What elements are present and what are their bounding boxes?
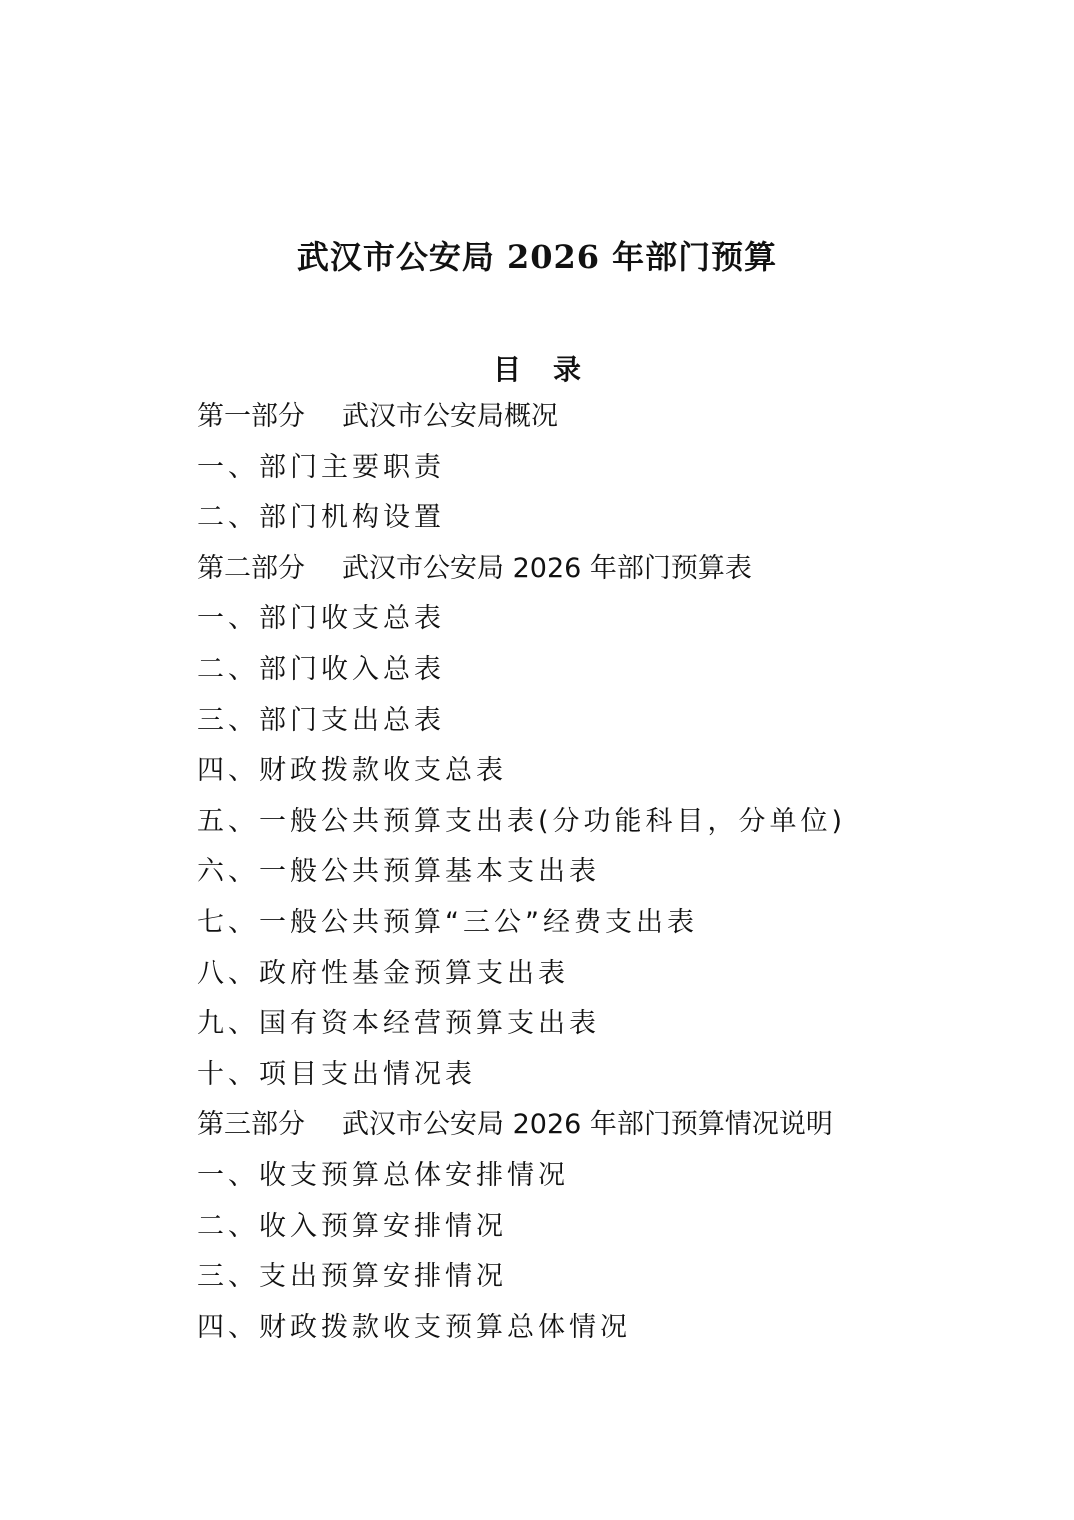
- toc-item: 二、收入预算安排情况: [197, 1202, 846, 1253]
- toc-part-1: 第一部分武汉市公安局概况: [197, 392, 846, 443]
- toc-item: 六、一般公共预算基本支出表: [197, 847, 846, 898]
- toc-item: 八、政府性基金预算支出表: [197, 949, 846, 1000]
- toc-item: 二、部门收入总表: [197, 645, 846, 696]
- toc-item: 九、国有资本经营预算支出表: [197, 999, 846, 1050]
- document-title: 武汉市公安局 2026 年部门预算: [0, 232, 1074, 278]
- toc-part-2: 第二部分武汉市公安局 2026 年部门预算表: [197, 544, 846, 595]
- toc-item: 十、项目支出情况表: [197, 1050, 846, 1101]
- toc-item: 七、一般公共预算“三公”经费支出表: [197, 898, 846, 949]
- toc-item: 一、部门主要职责: [197, 443, 846, 494]
- part-title: 武汉市公安局 2026 年部门预算情况说明: [342, 1109, 833, 1140]
- toc-heading-char-2: 录: [553, 348, 581, 388]
- part-label: 第二部分: [197, 544, 342, 595]
- toc-heading-char-1: 目: [493, 348, 521, 388]
- toc-item: 一、部门收支总表: [197, 594, 846, 645]
- part-label: 第一部分: [197, 392, 342, 443]
- toc-item: 五、一般公共预算支出表(分功能科目，分单位): [197, 797, 846, 848]
- part-label: 第三部分: [197, 1100, 342, 1151]
- part-title: 武汉市公安局 2026 年部门预算表: [342, 553, 752, 584]
- part-title: 武汉市公安局概况: [342, 401, 558, 432]
- table-of-contents: 第一部分武汉市公安局概况 一、部门主要职责 二、部门机构设置 第二部分武汉市公安…: [197, 392, 846, 1353]
- toc-heading: 目录: [0, 348, 1074, 388]
- toc-item: 四、财政拨款收支总表: [197, 746, 846, 797]
- toc-item: 三、部门支出总表: [197, 696, 846, 747]
- toc-item: 三、支出预算安排情况: [197, 1252, 846, 1303]
- toc-item: 一、收支预算总体安排情况: [197, 1151, 846, 1202]
- toc-part-3: 第三部分武汉市公安局 2026 年部门预算情况说明: [197, 1100, 846, 1151]
- toc-item: 四、财政拨款收支预算总体情况: [197, 1303, 846, 1354]
- toc-item: 二、部门机构设置: [197, 493, 846, 544]
